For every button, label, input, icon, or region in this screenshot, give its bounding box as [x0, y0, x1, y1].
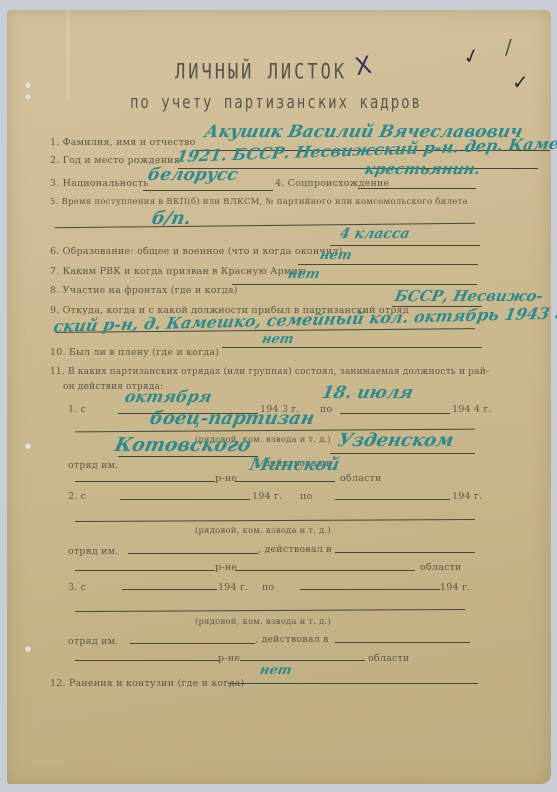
field-10-value: нет [260, 332, 295, 347]
entry-1-from-value: октября [123, 387, 214, 406]
field-line [335, 552, 475, 553]
field-line [228, 683, 478, 684]
entry-2-region-label: области [420, 562, 461, 573]
field-12-value: нет [258, 663, 293, 678]
field-10-label: 10. Был ли в плену (где и когда) [50, 347, 219, 358]
field-11-label-line1: 11. В каких партизанских отрядах (или гр… [50, 367, 489, 377]
entry-3-position-hint: (рядовой, ком. взвода и т. д.) [195, 617, 331, 627]
document-title: ЛИЧНЫЙ ЛИСТОК [175, 60, 347, 85]
entry-1-to-value: 18. июля [320, 383, 415, 403]
field-line [335, 642, 470, 643]
field-3-label: 3. Национальность [50, 178, 149, 189]
field-line [330, 245, 480, 246]
entry-2-to-word: по [300, 491, 312, 502]
field-4-value: крестьянин. [363, 160, 482, 178]
entry-1-number: 1. с [68, 404, 86, 415]
field-line [330, 453, 475, 454]
field-8-label: 8. Участие на фронтах (где и когда) [50, 285, 238, 296]
field-8-value: нет [286, 267, 321, 282]
entry-3-region-label: области [368, 653, 409, 664]
entry-1-to-year: 194 4 г. [452, 404, 492, 415]
entry-1-position: боец-партизан [148, 408, 317, 429]
entry-1-region-label: области [340, 473, 381, 484]
entry-2-district-label: р-не [215, 562, 237, 573]
punch-hole [25, 443, 31, 449]
field-line [232, 284, 477, 285]
field-3-value: белорусс [146, 165, 240, 185]
entry-3-to-word: по [262, 582, 274, 593]
punch-hole [25, 94, 31, 100]
entry-1-unit-label: отряд им. [68, 460, 118, 471]
punch-hole [25, 646, 31, 652]
entry-2-to-year: 194 г. [452, 491, 482, 502]
field-line [75, 660, 220, 661]
entry-1-unit-value: Котовского [113, 434, 253, 456]
document-subtitle: по учету партизанских кадров [130, 93, 422, 113]
entry-3-district-label: р-не [218, 653, 240, 664]
field-line [235, 570, 415, 571]
entry-3-number: 3. с [68, 582, 86, 593]
field-line [118, 456, 258, 457]
check-mark-icon: ✓ [512, 70, 529, 94]
field-line [300, 589, 440, 590]
field-12-label: 12. Ранения и контузии (где и когда) [50, 678, 244, 689]
field-line [128, 553, 258, 554]
entry-2-from-year: 194 г. [252, 491, 282, 502]
field-line [340, 413, 450, 414]
entry-3-from-year: 194 г. [218, 582, 248, 593]
field-5-value: б/п. [150, 208, 193, 229]
pencil-stroke-mark: / [505, 35, 512, 59]
entry-1-district-label: р-не [215, 473, 237, 484]
field-line [240, 660, 365, 661]
field-line [143, 190, 273, 191]
paper-fold [67, 10, 69, 100]
entry-3-acted-label: , действовал в [255, 634, 329, 645]
field-line [235, 481, 335, 482]
entry-1-region-value: Минской [248, 455, 341, 475]
field-7-label: 7. Каким РВК и когда призван в Красную А… [50, 266, 306, 277]
field-line [120, 499, 250, 500]
field-line [298, 264, 478, 265]
field-5-label: 5. Время поступления в ВКП(б) или ВЛКСМ,… [50, 197, 468, 207]
field-6-value: 4 класса [338, 226, 411, 242]
entry-2-number: 2. с [68, 491, 86, 502]
entry-3-unit-label: отряд им. [68, 636, 118, 647]
entry-3-to-year: 194 г. [440, 582, 470, 593]
field-7-value: нет [318, 248, 353, 263]
field-line [122, 589, 217, 590]
field-line [130, 643, 255, 644]
field-line [335, 499, 450, 500]
field-9-value-line1: БССР, Несвижо- [393, 287, 545, 305]
entry-2-position-hint: (рядовой, ком. взвода и т. д.) [195, 526, 331, 536]
field-line [75, 481, 215, 482]
entry-1-to-word: по [320, 404, 332, 415]
entry-2-unit-label: отряд им. [68, 546, 118, 557]
entry-1-acted-value: Узденском [336, 430, 456, 451]
field-line [222, 347, 482, 348]
field-line [75, 570, 215, 571]
field-line [358, 188, 476, 189]
field-1-label: 1. Фамилия, имя и отчество [50, 137, 196, 148]
punch-hole [25, 82, 31, 88]
entry-2-acted-label: , действовал в [258, 544, 332, 555]
field-6-label: 6. Образование: общее и военное (что и к… [50, 246, 343, 257]
